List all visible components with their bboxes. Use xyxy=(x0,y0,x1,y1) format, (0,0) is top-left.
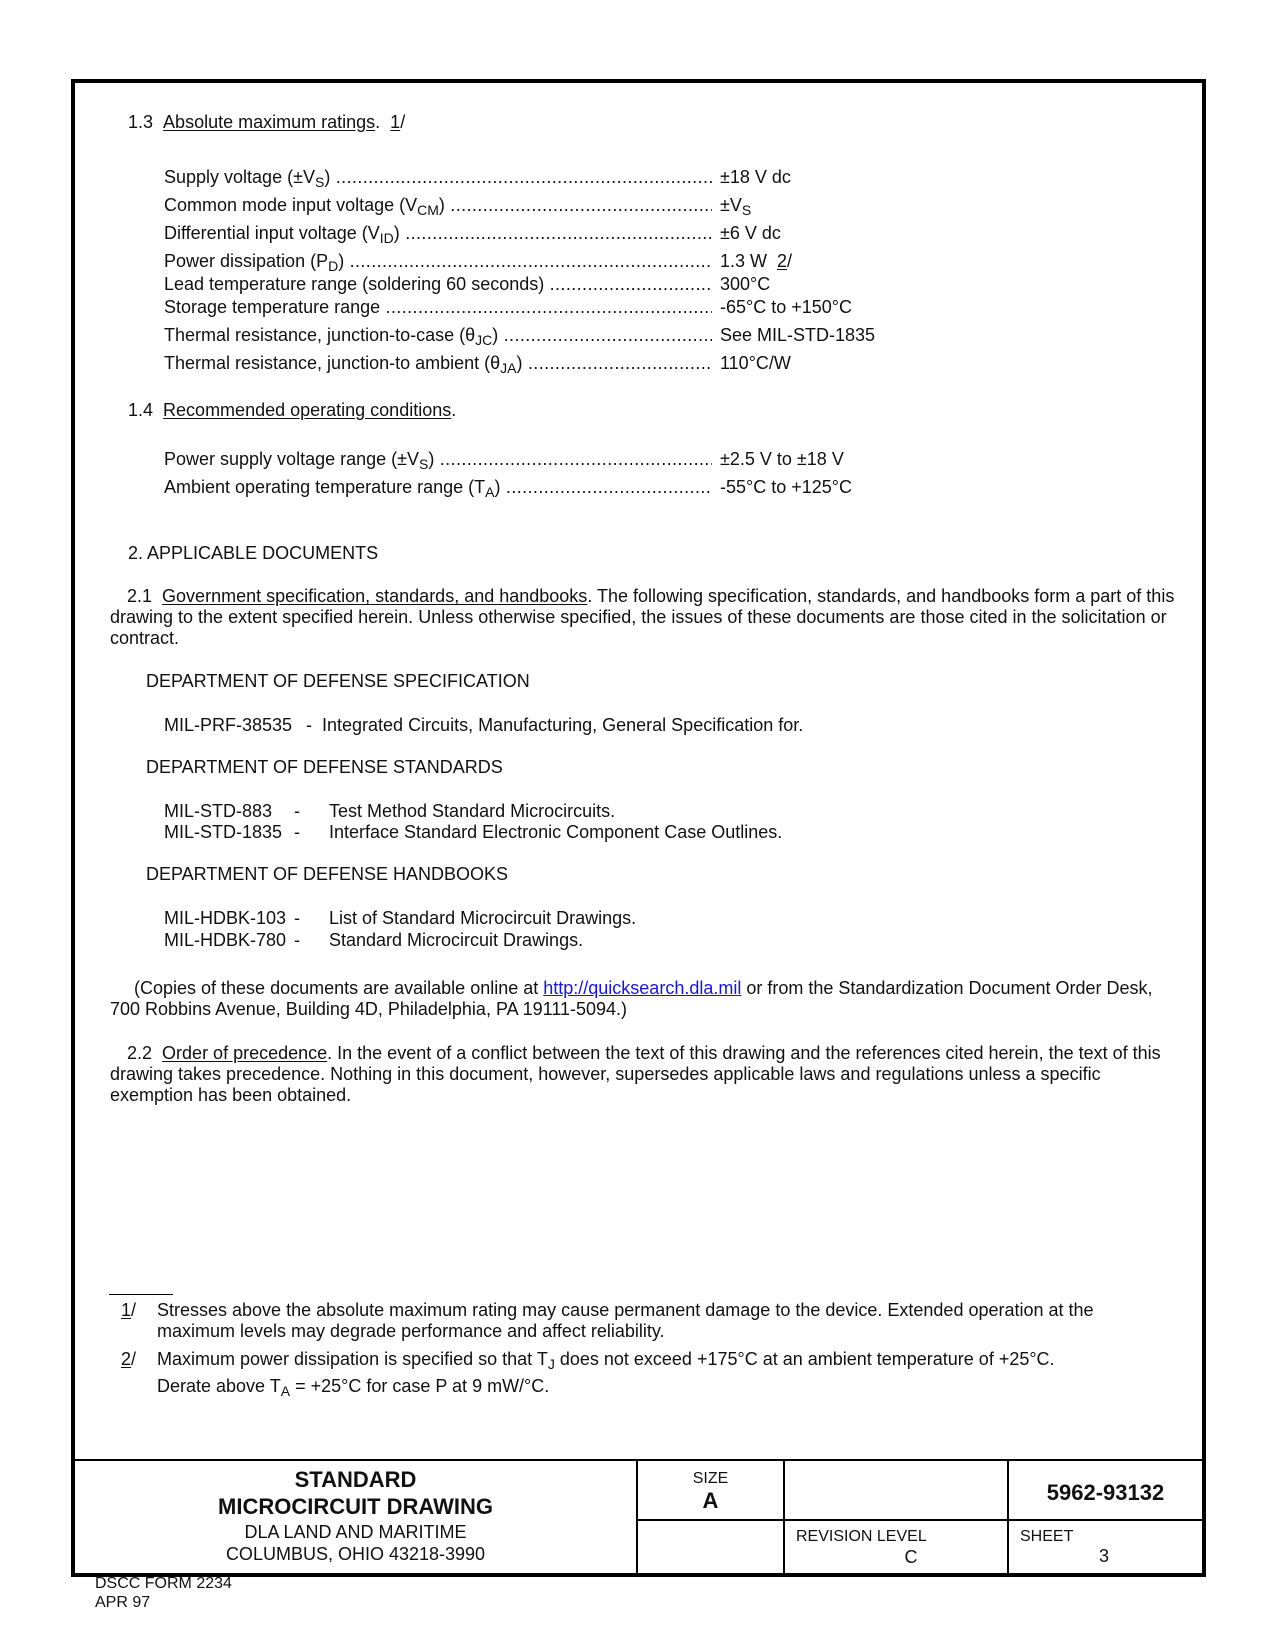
agency-name: DLA LAND AND MARITIME xyxy=(75,1521,636,1543)
document-group-heading: DEPARTMENT OF DEFENSE STANDARDS xyxy=(146,757,503,777)
sheet-label: SHEET xyxy=(1020,1527,1073,1547)
rating-label: Lead temperature range (soldering 60 sec… xyxy=(164,274,712,294)
rating-value: 300°C xyxy=(720,274,770,294)
drawing-number: 5962-93132 xyxy=(1009,1482,1202,1504)
punct: . xyxy=(375,112,380,132)
rating-value: ±6 V dc xyxy=(720,223,781,243)
document-id: MIL-STD-883 xyxy=(164,800,294,822)
quicksearch-link[interactable]: http://quicksearch.dla.mil xyxy=(543,978,741,998)
rating-label: Common mode input voltage (VCM) xyxy=(164,195,712,215)
sheet-number: 3 xyxy=(1099,1546,1109,1566)
document-group-heading: DEPARTMENT OF DEFENSE SPECIFICATION xyxy=(146,671,530,691)
rating-label: Thermal resistance, junction-to ambient … xyxy=(164,353,712,373)
rating-label: Differential input voltage (VID) xyxy=(164,223,712,243)
footnote-2-mark: 2/ xyxy=(121,1349,136,1370)
document-id: MIL-STD-1835 xyxy=(164,821,294,843)
punct: . xyxy=(451,400,456,420)
revision-level-label: REVISION LEVEL xyxy=(796,1527,927,1547)
rating-value: ±2.5 V to ±18 V xyxy=(720,449,844,469)
document-title: Integrated Circuits, Manufacturing, Gene… xyxy=(322,715,803,735)
section-number: 1.4 xyxy=(128,400,153,420)
footnote-2-derate: Derate above TA = +25°C for case P at 9 … xyxy=(157,1376,1157,1397)
document-reference: MIL-STD-1835-Interface Standard Electron… xyxy=(164,821,782,843)
separator: - xyxy=(294,907,329,929)
section-1-4-heading: 1.4 Recommended operating conditions. xyxy=(128,400,456,420)
section-1-3-heading: 1.3 Absolute maximum ratings. 1/ xyxy=(128,112,405,132)
document-title: Test Method Standard Microcircuits. xyxy=(329,801,615,821)
section-number: 2.2 xyxy=(127,1043,152,1063)
title-block-top-rule xyxy=(75,1459,1202,1461)
document-reference: MIL-PRF-38535-Integrated Circuits, Manuf… xyxy=(164,714,803,736)
title-block-divider xyxy=(1007,1459,1009,1573)
section-title: Absolute maximum ratings xyxy=(163,112,375,132)
rating-label: Storage temperature range xyxy=(164,297,712,317)
document-title: Standard Microcircuit Drawings. xyxy=(329,930,583,950)
agency-address: COLUMBUS, OHIO 43218-3990 xyxy=(75,1543,636,1565)
revision-level-value: C xyxy=(785,1546,1007,1568)
title-microcircuit-drawing: MICROCIRCUIT DRAWING xyxy=(75,1494,636,1520)
separator: - xyxy=(294,929,329,951)
document-reference: MIL-HDBK-103-List of Standard Microcircu… xyxy=(164,907,636,929)
document-id: MIL-PRF-38535 xyxy=(164,714,306,736)
footnote-1-mark: 1/ xyxy=(121,1300,136,1321)
section-title: Recommended operating conditions xyxy=(163,400,451,420)
title-standard: STANDARD xyxy=(75,1467,636,1493)
rating-label: Power dissipation (PD) xyxy=(164,251,712,271)
form-date: APR 97 xyxy=(95,1594,150,1612)
rating-value: 1.3 W 2/ xyxy=(720,251,792,271)
rating-value: -65°C to +150°C xyxy=(720,297,852,317)
footnote-2-text: Maximum power dissipation is specified s… xyxy=(157,1349,1157,1370)
document-id: MIL-HDBK-780 xyxy=(164,929,294,951)
document-title: List of Standard Microcircuit Drawings. xyxy=(329,908,636,928)
document-title: Interface Standard Electronic Component … xyxy=(329,822,782,842)
separator: - xyxy=(294,800,329,822)
document-group-heading: DEPARTMENT OF DEFENSE HANDBOOKS xyxy=(146,864,508,884)
size-label: SIZE xyxy=(638,1468,783,1490)
footnote-rule xyxy=(109,1294,173,1295)
footnote-slash: / xyxy=(400,112,405,132)
section-number: 1.3 xyxy=(128,112,153,132)
document-reference: MIL-STD-883-Test Method Standard Microci… xyxy=(164,800,615,822)
footnote-ref[interactable]: 2 xyxy=(777,251,787,271)
separator: - xyxy=(294,821,329,843)
rating-value: See MIL-STD-1835 xyxy=(720,325,875,345)
separator: - xyxy=(306,714,322,736)
rating-value: -55°C to +125°C xyxy=(720,477,852,497)
document-id: MIL-HDBK-103 xyxy=(164,907,294,929)
section-title: Government specification, standards, and… xyxy=(162,586,587,606)
section-2-heading: 2. APPLICABLE DOCUMENTS xyxy=(128,543,378,563)
section-2-2-paragraph: 2.2 Order of precedence. In the event of… xyxy=(110,1043,1180,1106)
section-number: 2.1 xyxy=(127,586,152,606)
rating-label: Thermal resistance, junction-to-case (θJ… xyxy=(164,325,712,345)
rating-value: ±VS xyxy=(720,195,751,215)
rating-value: 110°C/W xyxy=(720,353,791,373)
document-reference: MIL-HDBK-780-Standard Microcircuit Drawi… xyxy=(164,929,583,951)
footnote-ref-1[interactable]: 1 xyxy=(390,112,400,132)
section-2-1-paragraph: 2.1 Government specification, standards,… xyxy=(110,586,1180,649)
rating-value: ±18 V dc xyxy=(720,167,791,187)
footnote-1-text: Stresses above the absolute maximum rati… xyxy=(157,1300,1157,1342)
rating-label: Ambient operating temperature range (TA) xyxy=(164,477,712,497)
rating-label: Power supply voltage range (±VS) xyxy=(164,449,712,469)
section-title: Order of precedence xyxy=(162,1043,327,1063)
rating-label: Supply voltage (±VS) xyxy=(164,167,712,187)
copies-text: (Copies of these documents are available… xyxy=(134,978,543,998)
title-block-mid-rule xyxy=(637,1519,1202,1521)
form-name: DSCC FORM 2234 xyxy=(95,1575,232,1593)
copies-paragraph: (Copies of these documents are available… xyxy=(110,978,1180,1020)
size-value: A xyxy=(638,1490,783,1512)
